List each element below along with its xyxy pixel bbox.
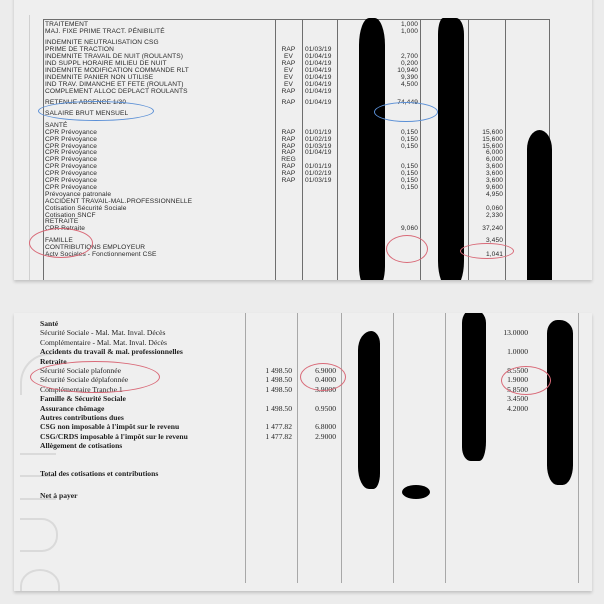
redaction-mark [438, 18, 464, 280]
total-contributions-label: Total des cotisations et contributions [40, 469, 158, 479]
employer-rate: 13.0000 [492, 328, 528, 338]
watermark-shape [20, 453, 56, 455]
line-base: 0,150 [384, 184, 418, 192]
employer-rate: 1.0000 [492, 347, 528, 357]
line-base: 9,060 [384, 225, 418, 233]
line-date: 01/03/19 [305, 177, 337, 185]
column-divider [297, 313, 298, 583]
redaction-mark [462, 313, 486, 461]
column-divider [302, 19, 303, 280]
column-divider [578, 313, 579, 583]
line-rate: 2,330 [469, 212, 503, 220]
contribution-rate: 0.9500 [302, 404, 336, 414]
line-base: 1,000 [384, 28, 418, 36]
redaction-mark [359, 18, 385, 280]
redaction-mark [402, 485, 430, 499]
line-date: 01/04/19 [305, 149, 337, 157]
line-label: COMPLEMENT ALLOC DEPLACT ROULANTS [45, 88, 188, 96]
red-highlight-circle [386, 235, 428, 263]
line-date: 01/04/19 [305, 99, 337, 107]
contribution-base: 1 498.50 [250, 404, 292, 414]
red-highlight-circle [460, 243, 514, 259]
payslip-top-photo: TRAITEMENT1,000MAJ. FIXE PRIME TRACT. PÉ… [14, 0, 592, 280]
red-highlight-circle [30, 361, 160, 393]
line-base: 0,150 [384, 143, 418, 151]
red-highlight-circle [300, 363, 346, 391]
blue-highlight-circle [38, 101, 154, 121]
red-highlight-circle [29, 228, 93, 258]
watermark-shape [20, 518, 58, 552]
line-label: MAJ. FIXE PRIME TRACT. PÉNIBILITÉ [45, 28, 165, 36]
redaction-mark [527, 130, 552, 280]
line-code: RAP [276, 88, 301, 96]
contribution-base: 1 498.50 [250, 385, 292, 395]
line-rate: 4,950 [469, 191, 503, 199]
column-divider [341, 313, 342, 583]
redaction-mark [358, 331, 380, 489]
blue-highlight-circle [374, 102, 438, 122]
contribution-rate: 2.9000 [302, 432, 336, 442]
table-top-border [43, 19, 549, 20]
payslip-bottom-photo: SantéSécurité Sociale - Mal. Mat. Inval.… [14, 313, 592, 591]
line-rate: 37,240 [469, 225, 503, 233]
column-divider [445, 313, 446, 583]
employer-rate: 4.2000 [492, 404, 528, 414]
net-pay-label: Net à payer [40, 491, 78, 501]
red-highlight-circle [501, 366, 551, 395]
watermark-shape [20, 569, 60, 591]
redaction-mark [547, 320, 573, 485]
line-base: 4,500 [384, 81, 418, 89]
contribution-label: Allègement de cotisations [40, 441, 122, 451]
line-date: 01/04/19 [305, 88, 337, 96]
line-code: RAP [276, 177, 301, 185]
column-divider [245, 313, 246, 583]
column-divider [505, 19, 506, 280]
line-code: RAP [276, 99, 301, 107]
column-divider [393, 313, 394, 583]
column-divider [337, 19, 338, 280]
contribution-base: 1 477.82 [250, 432, 292, 442]
